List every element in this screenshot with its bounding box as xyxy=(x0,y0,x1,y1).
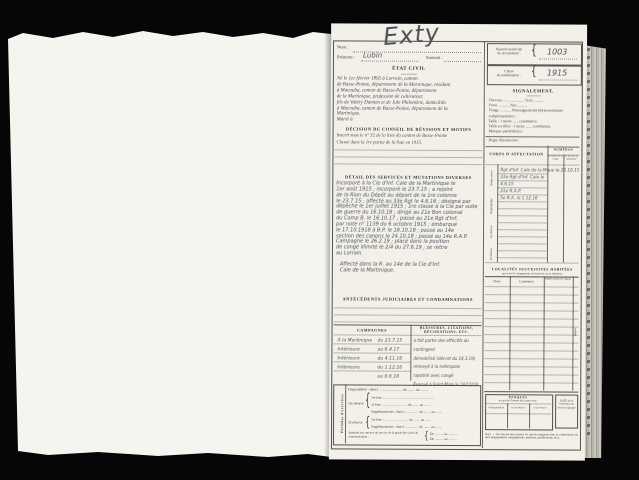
prenoms-label: Prénoms : xyxy=(337,54,355,59)
classe-rule xyxy=(539,79,577,80)
epoques-col-disponibilite: la disponibilité xyxy=(485,406,507,409)
corps-col1-label: de matricule au corps xyxy=(547,155,563,161)
localites-col-subdivisions: Subdivisions de région. xyxy=(544,277,573,280)
antecedents-title: ANTÉCÉDENTS JUDICIAIRES ET CONDAMNATIONS xyxy=(334,296,482,302)
corps-col2-label: de la liste du répertoire xyxy=(563,156,579,162)
aptitude-rows: De .......... au .......... Du .........… xyxy=(430,432,476,443)
signalement-text: Cheveux .................... , Yeux ....… xyxy=(489,98,579,135)
blank-left-page xyxy=(8,29,331,457)
etat-civil-title: ÉTAT CIVIL xyxy=(335,66,483,72)
services-addendum: Affecté dans la R. au 14e de la Cie d'In… xyxy=(340,261,480,274)
brace-glyph: { xyxy=(531,44,537,59)
brace-glyph: { xyxy=(365,414,370,429)
epoques-col-reserve2: la 2e réserve xyxy=(529,406,551,409)
date-liberation-box: DATE de la libération du service militai… xyxy=(555,395,578,429)
campagnes-title: CAMPAGNES xyxy=(334,327,411,332)
localites-col-communes: Communes. xyxy=(510,279,544,283)
matricule-value: 1003 xyxy=(547,47,567,56)
nota-text: Nota. — Ne doivent être portées ici que … xyxy=(485,433,578,440)
brace-glyph: { xyxy=(424,430,429,442)
signalement-title: SIGNALEMENT. xyxy=(486,88,581,93)
periodes-side-label: Périodes d'exercices xyxy=(340,385,344,441)
surnom-rule xyxy=(444,61,481,62)
matricule-rule xyxy=(539,58,577,59)
localites-subtitle: par suite de changements de domicile ou … xyxy=(485,272,580,275)
campagnes-dates: du 23.7.15 au 6.4.17 du 4.11.16 du 1.12.… xyxy=(377,337,402,382)
periodes-reserve1-rows: 1re liste : ............................… xyxy=(371,395,477,416)
etat-civil-text: Né le 1er février 1895 à Lorrain, canton… xyxy=(337,76,481,124)
classe-value: 1915 xyxy=(547,68,567,77)
blessures-text: a fait partie des effectifs du contingen… xyxy=(413,337,481,390)
classe-label-line2: de mobilisation : xyxy=(497,74,521,78)
matricule-label: Numéro matricule du recrutement : xyxy=(489,47,529,56)
localites-title: LOCALITÉS SUCCESSIVES HABITÉES xyxy=(485,267,580,271)
blessures-title-line2: DÉCORATIONS, ETC. xyxy=(424,330,469,334)
scanned-register-photo: { "record": { "nom": {"label": "Nom :", … xyxy=(0,0,639,480)
classe-label: Classe de mobilisation : xyxy=(489,69,529,78)
brace-glyph: { xyxy=(531,65,537,79)
nom-signature: Exty xyxy=(382,18,441,51)
periodes-reserve2-label: 2e réserve xyxy=(348,420,363,424)
campagnes-names: À la Martinique Intérieure Intérieure In… xyxy=(337,336,372,372)
aptitude-label: Aptitude aux travaux du service de la ga… xyxy=(348,431,422,439)
decision-line2: Classé dans la 1re partie de la liste en… xyxy=(337,140,481,146)
decision-title: DÉCISION DU CONSEIL DE RÉVISION ET MOTIF… xyxy=(335,126,483,132)
signalement-underline xyxy=(527,95,541,96)
services-text: Incorporé à la Cie d'Inf. Cale de la Mar… xyxy=(336,181,482,258)
instruction-label: Degré d'instruction : xyxy=(489,138,520,142)
surnom-label: Surnom : xyxy=(426,55,443,60)
blessures-title: BLESSURES, CITATIONS, DÉCORATIONS, ETC. xyxy=(412,326,482,335)
matricule-label-line2: du recrutement : xyxy=(497,52,521,56)
periodes-reserve2-rows: 1re liste : .......................... ,… xyxy=(371,417,477,431)
page-edge-marks xyxy=(587,45,590,435)
corps-title: CORPS D'AFFECTATION xyxy=(485,152,547,156)
epoques-col-reserve1: la 1re réserve xyxy=(507,406,529,409)
etat-civil-underline xyxy=(401,74,417,75)
epoques-subtitle: auxquelles l'homme doit passer dans : xyxy=(485,399,551,402)
prenoms-value: Lubin xyxy=(363,51,382,59)
periodes-reserve1-label: 1re réserve xyxy=(348,401,364,405)
nom-label: Nom : xyxy=(337,44,348,49)
corps-numeros-header: NUMÉROS xyxy=(547,147,579,151)
localites-col-dates: Dates. xyxy=(485,279,510,283)
brace-glyph: { xyxy=(365,391,370,410)
corps-entries: Rgt d'Inf. Cale de la Mque le 23.10.15 3… xyxy=(500,166,580,201)
matricule-form-page: Nom : Exty Prénoms : Lubin Surnom : ÉTAT… xyxy=(329,23,587,460)
services-title: DÉTAIL DES SERVICES ET MUTATIONS DIVERSE… xyxy=(334,174,482,180)
decision-line1: Inscrit sous le n° 32 de la liste du can… xyxy=(337,133,481,139)
